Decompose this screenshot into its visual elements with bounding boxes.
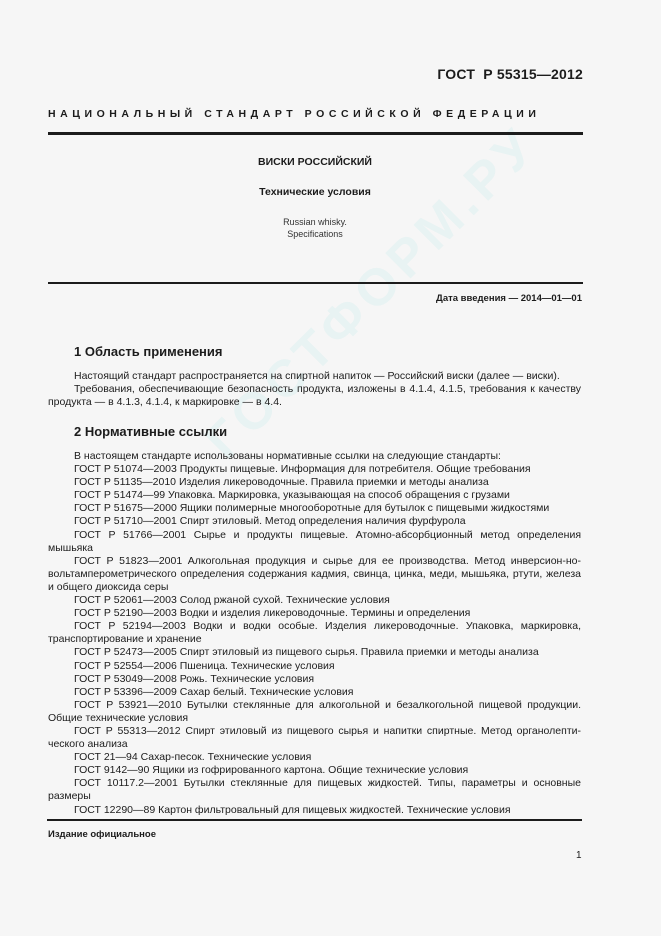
section-2-heading: 2 Нормативные ссылки [74,424,227,439]
title-rule [48,282,583,284]
edition-label: Издание официальное [48,829,156,840]
reference-item: ГОСТ Р 52473—2005 Спирт этиловый из пище… [48,646,581,659]
footer-rule [47,819,582,821]
section-1-body: Настоящий стандарт распространяется на с… [48,370,581,409]
page-number: 1 [576,850,582,861]
reference-item: ГОСТ Р 52194—2003 Водки и водки особые. … [48,620,581,646]
reference-item: ГОСТ Р 55313—2012 Спирт этиловый из пище… [48,725,581,751]
reference-item: ГОСТ Р 51710—2001 Спирт этиловый. Метод … [48,515,581,528]
gost-number: ГОСТ Р 55315—2012 [437,66,583,82]
english-subtitle: Specifications [0,228,630,241]
reference-item: ГОСТ Р 51474—99 Упаковка. Маркировка, ук… [48,489,581,502]
date-of-introduction: Дата введения — 2014—01—01 [436,293,582,304]
header-rule [48,132,583,135]
document-title: ВИСКИ РОССИЙСКИЙ [0,156,630,168]
reference-item: ГОСТ Р 53049—2008 Рожь. Технические усло… [48,673,581,686]
reference-item: ГОСТ Р 51074—2003 Продукты пищевые. Инфо… [48,463,581,476]
reference-item: ГОСТ 10117.2—2001 Бутылки стеклянные для… [48,777,581,803]
reference-item: ГОСТ Р 51766—2001 Сырье и продукты пищев… [48,529,581,555]
document-subtitle: Технические условия [0,186,630,198]
reference-item: ГОСТ 9142—90 Ящики из гофрированного кар… [48,764,581,777]
reference-item: ГОСТ Р 52554—2006 Пшеница. Технические у… [48,660,581,673]
reference-item: ГОСТ 21—94 Сахар-песок. Технические усло… [48,751,581,764]
section-1-paragraph: Настоящий стандарт распространяется на с… [48,370,581,383]
reference-item: ГОСТ Р 52061—2003 Солод ржаной сухой. Те… [48,594,581,607]
reference-item: ГОСТ Р 53921—2010 Бутылки стеклянные для… [48,699,581,725]
reference-item: ГОСТ Р 51675—2000 Ящики полимерные много… [48,502,581,515]
section-2-body: В настоящем стандарте использованы норма… [48,450,581,817]
national-standard-banner: НАЦИОНАЛЬНЫЙ СТАНДАРТ РОССИЙСКОЙ ФЕДЕРАЦ… [48,108,584,120]
section-1-heading: 1 Область применения [74,344,223,359]
reference-item: ГОСТ 12290—89 Картон фильтровальный для … [48,804,581,817]
reference-item: ГОСТ Р 51135—2010 Изделия ликероводочные… [48,476,581,489]
section-1-paragraph: Требования, обеспечивающие безопасность … [48,383,581,409]
reference-item: ГОСТ Р 52190—2003 Водки и изделия ликеро… [48,607,581,620]
section-2-intro: В настоящем стандарте использованы норма… [48,450,581,463]
document-page: ГОСТФОРМ.РУ ГОСТ Р 55315—2012 НАЦИОНАЛЬН… [0,0,661,936]
reference-item: ГОСТ Р 51823—2001 Алкогольная продукция … [48,555,581,594]
reference-list: ГОСТ Р 51074—2003 Продукты пищевые. Инфо… [48,463,581,817]
reference-item: ГОСТ Р 53396—2009 Сахар белый. Техническ… [48,686,581,699]
